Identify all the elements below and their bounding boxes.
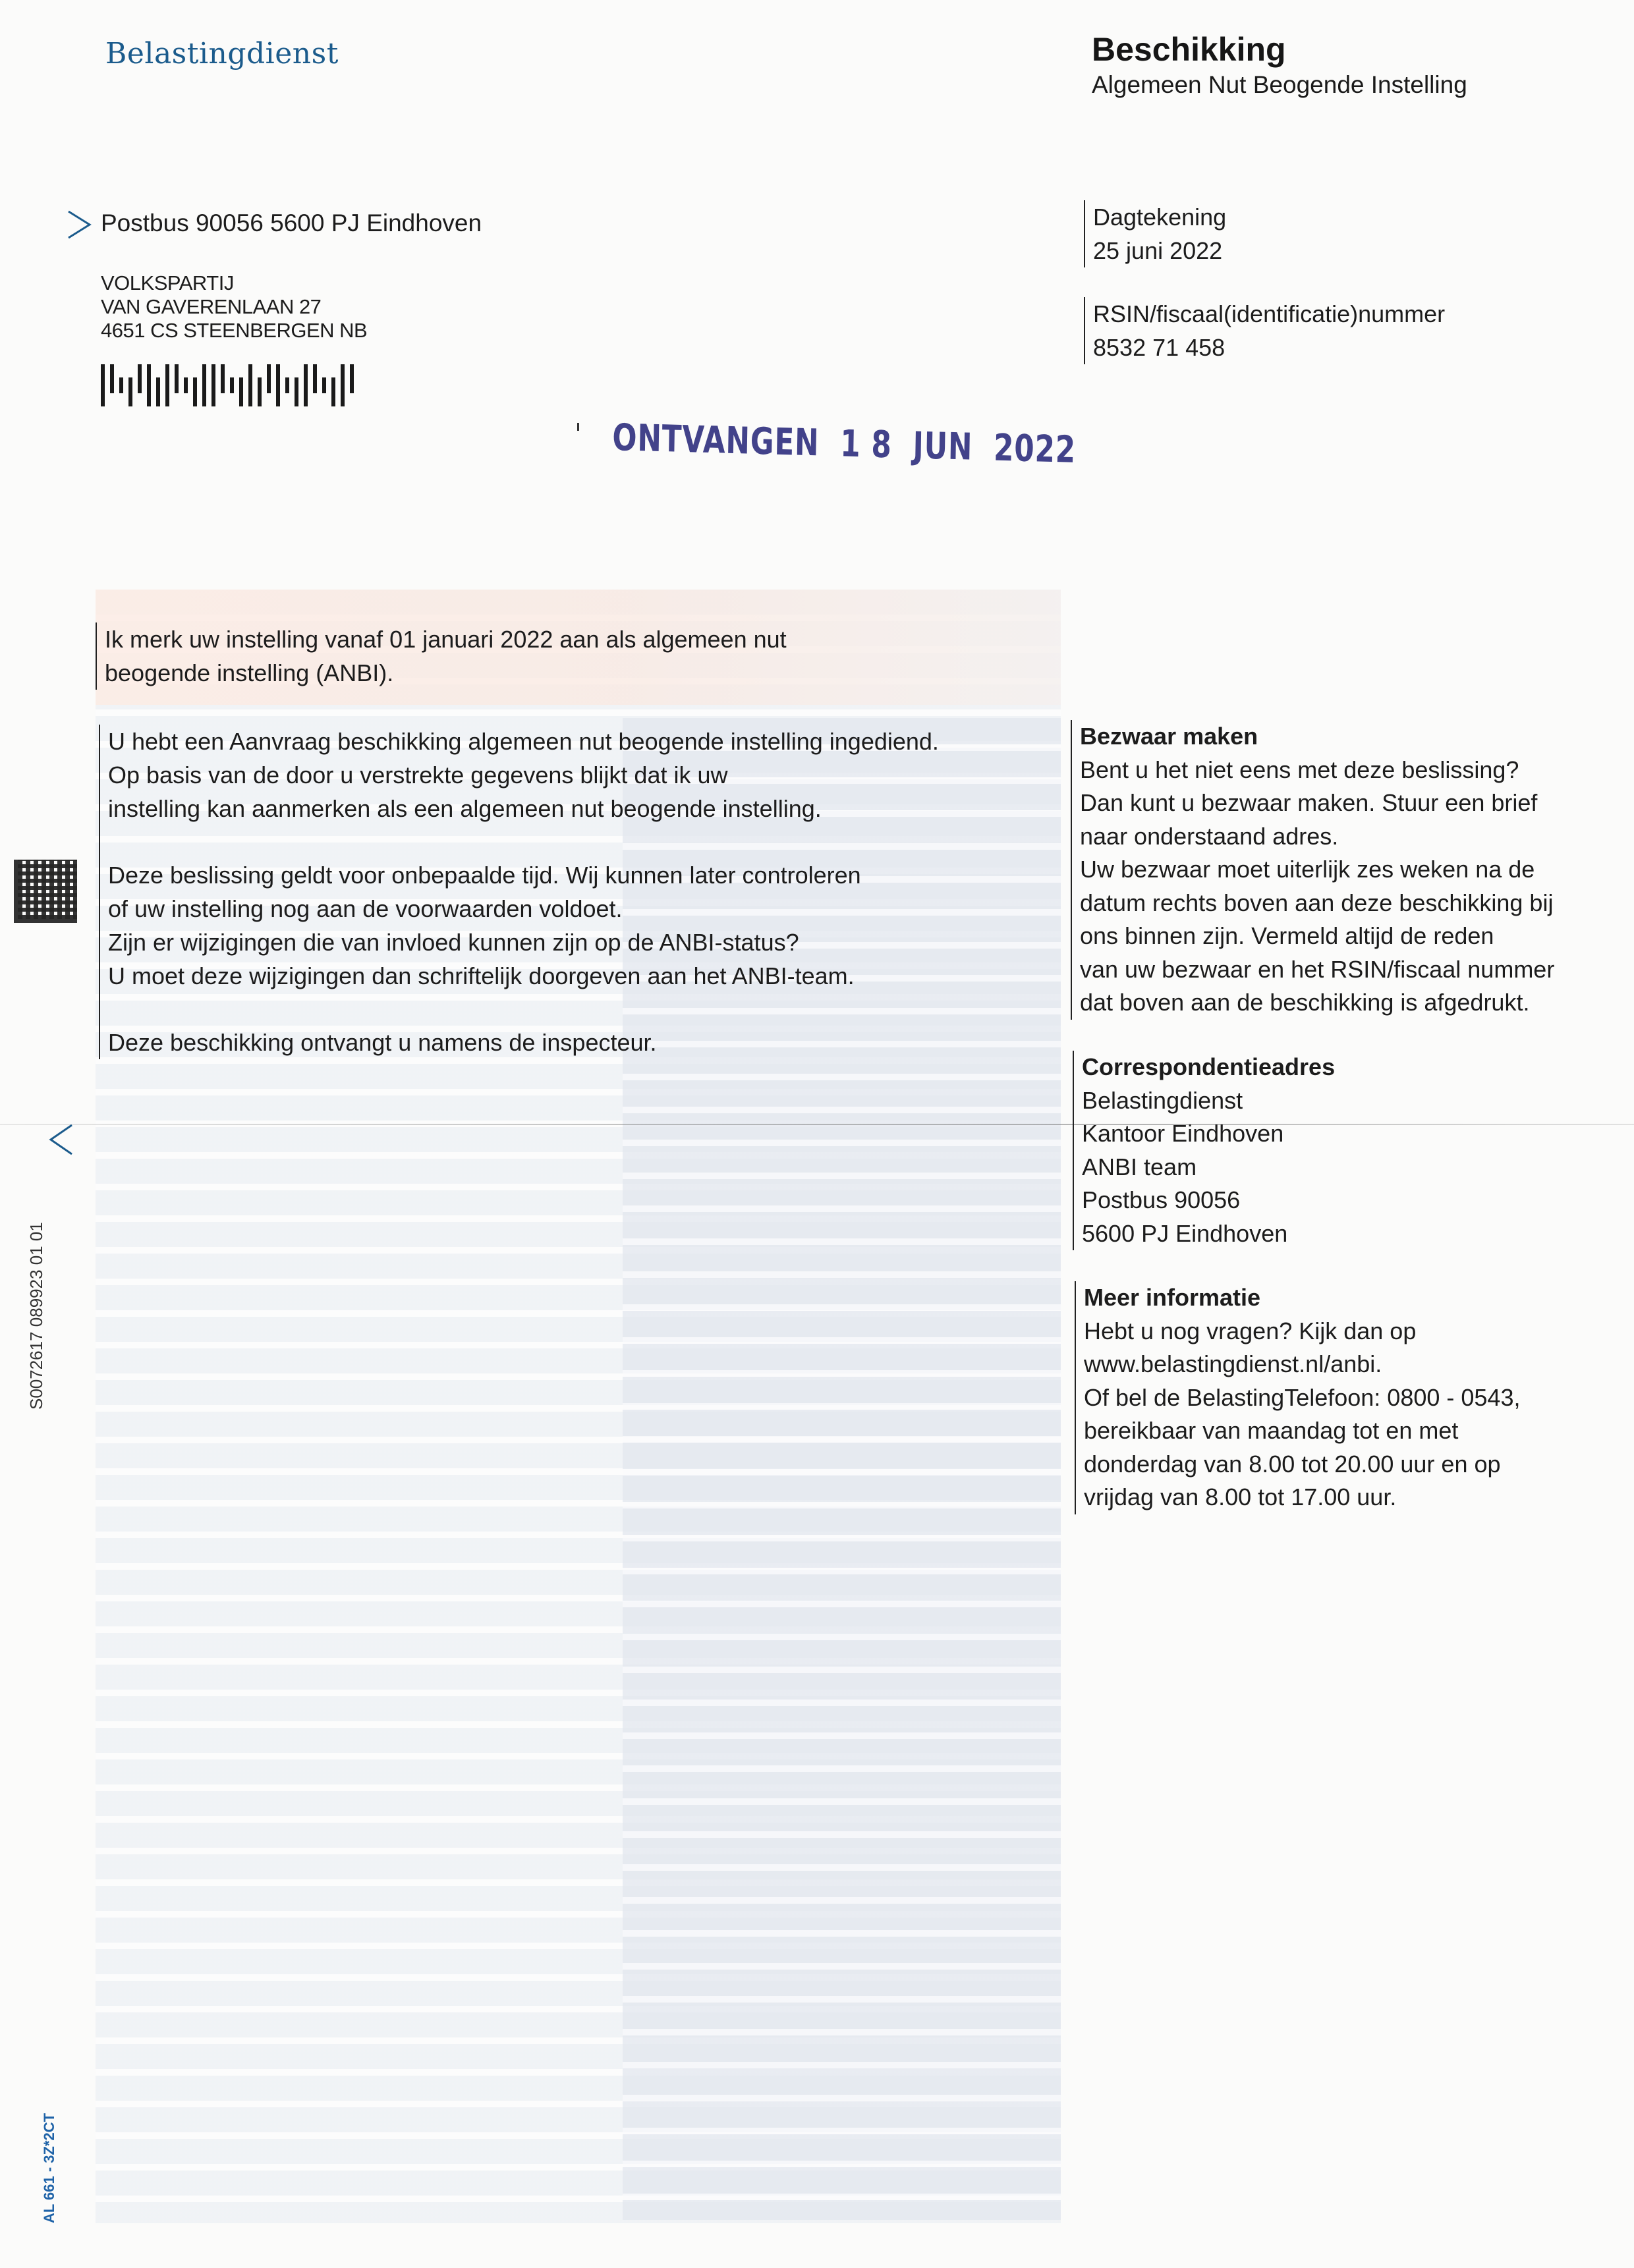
received-stamp: ONTVANGEN 1 8 JUN 2022	[612, 416, 1076, 472]
objection-line: Bent u het niet eens met deze beslissing…	[1080, 754, 1554, 787]
body-line: instelling kan aanmerken als een algemee…	[108, 792, 939, 825]
body-line: Deze beschikking ontvangt u namens de in…	[108, 1026, 939, 1059]
objection-heading: Bezwaar maken	[1080, 720, 1554, 754]
barcode-bar	[110, 364, 114, 393]
objection-line: datum rechts boven aan deze beschikking …	[1080, 887, 1554, 920]
rsin-block: RSIN/fiscaal(identificatie)nummer 8532 7…	[1084, 297, 1445, 364]
correspondence-line: Belastingdienst	[1082, 1084, 1335, 1118]
barcode-bar	[322, 377, 326, 393]
barcode-bar	[350, 364, 354, 393]
objection-section: Bezwaar maken Bent u het niet eens met d…	[1071, 720, 1554, 1020]
correspondence-line: Kantoor Eindhoven	[1082, 1117, 1335, 1151]
objection-line: van uw bezwaar en het RSIN/fiscaal numme…	[1080, 953, 1554, 987]
barcode-bar	[313, 364, 317, 393]
objection-line: Uw bezwaar moet uiterlijk zes weken na d…	[1080, 853, 1554, 887]
chevron-right-icon	[66, 209, 92, 240]
body-line: U hebt een Aanvraag beschikking algemeen…	[108, 725, 939, 758]
recipient-city: 4651 CS STEENBERGEN NB	[101, 319, 367, 343]
datamatrix-code-icon	[14, 860, 77, 923]
info-line: donderdag van 8.00 tot 20.00 uur en op	[1084, 1448, 1520, 1481]
correspondence-line: Postbus 90056	[1082, 1184, 1335, 1217]
info-line: Hebt u nog vragen? Kijk dan op	[1084, 1315, 1520, 1348]
body-line: Op basis van de door u verstrekte gegeve…	[108, 758, 939, 792]
stamp-mark	[577, 423, 579, 431]
recipient-name: VOLKSPARTIJ	[101, 271, 367, 295]
barcode-bar	[230, 377, 234, 393]
barcode-bar	[258, 377, 262, 406]
barcode-bar	[128, 377, 132, 406]
body-line: Zijn er wijzigingen die van invloed kunn…	[108, 926, 939, 959]
paper-fold-line	[0, 1124, 1634, 1125]
barcode-bar	[341, 364, 345, 406]
barcode-bar	[119, 377, 123, 393]
barcode-bar	[304, 364, 308, 406]
barcode-bar	[202, 364, 206, 406]
body-line: Deze beslissing geldt voor onbepaalde ti…	[108, 858, 939, 892]
return-address: Postbus 90056 5600 PJ Eindhoven	[101, 209, 482, 237]
objection-line: naar onderstaand adres.	[1080, 820, 1554, 854]
document-subtitle: Algemeen Nut Beogende Instelling	[1092, 71, 1467, 99]
objection-line: dat boven aan de beschikking is afgedruk…	[1080, 986, 1554, 1020]
barcode-bar	[221, 364, 225, 393]
belastingdienst-logo: Belastingdienst	[105, 37, 339, 70]
recipient-street: VAN GAVERENLAAN 27	[101, 295, 367, 319]
decision-paragraph: Ik merk uw instelling vanaf 01 januari 2…	[96, 622, 787, 690]
info-phone: Of bel de BelastingTelefoon: 0800 - 0543…	[1084, 1381, 1520, 1415]
objection-line: ons binnen zijn. Vermeld altijd de reden	[1080, 920, 1554, 953]
info-line: bereikbaar van maandag tot en met	[1084, 1414, 1520, 1448]
date-label: Dagtekening	[1093, 200, 1226, 234]
barcode-bar	[285, 377, 289, 393]
postal-barcode	[101, 364, 359, 406]
barcode-bar	[175, 364, 179, 393]
objection-line: Dan kunt u bezwaar maken. Stuur een brie…	[1080, 787, 1554, 820]
date-value: 25 juni 2022	[1093, 234, 1226, 267]
recipient-address: VOLKSPARTIJ VAN GAVERENLAAN 27 4651 CS S…	[101, 271, 367, 343]
barcode-bar	[267, 364, 271, 393]
barcode-bar	[147, 364, 151, 406]
decision-line: Ik merk uw instelling vanaf 01 januari 2…	[105, 622, 787, 656]
more-info-section: Meer informatie Hebt u nog vragen? Kijk …	[1075, 1281, 1520, 1514]
decision-line: beogende instelling (ANBI).	[105, 656, 787, 690]
document-title: Beschikking	[1092, 30, 1286, 69]
info-line: vrijdag van 8.00 tot 17.00 uur.	[1084, 1481, 1520, 1514]
barcode-bar	[138, 364, 142, 393]
barcode-bar	[101, 364, 105, 406]
correspondence-line: ANBI team	[1082, 1151, 1335, 1184]
barcode-bar	[331, 377, 335, 406]
barcode-bar	[184, 377, 188, 393]
barcode-bar	[295, 377, 298, 406]
rsin-label: RSIN/fiscaal(identificatie)nummer	[1093, 297, 1445, 331]
more-info-heading: Meer informatie	[1084, 1281, 1520, 1315]
correspondence-line: 5600 PJ Eindhoven	[1082, 1217, 1335, 1251]
correspondence-section: Correspondentieadres Belastingdienst Kan…	[1073, 1051, 1335, 1250]
date-block: Dagtekening 25 juni 2022	[1084, 200, 1226, 267]
barcode-bar	[156, 377, 160, 406]
barcode-bar	[193, 377, 197, 406]
correspondence-heading: Correspondentieadres	[1082, 1051, 1335, 1084]
barcode-bar	[248, 364, 252, 406]
barcode-bar	[239, 377, 243, 406]
info-website: www.belastingdienst.nl/anbi.	[1084, 1348, 1520, 1381]
explanation-paragraphs: U hebt een Aanvraag beschikking algemeen…	[99, 725, 939, 1059]
body-line: U moet deze wijzigingen dan schriftelijk…	[108, 959, 939, 993]
barcode-bar	[211, 364, 215, 406]
body-line: of uw instelling nog aan de voorwaarden …	[108, 892, 939, 926]
form-code: AL 661 - 3Z*2CT	[41, 2113, 58, 2223]
barcode-bar	[276, 364, 280, 406]
chevron-left-icon	[48, 1123, 74, 1156]
rsin-value: 8532 71 458	[1093, 331, 1445, 364]
document-code: S0072617 089923 01 01	[26, 1222, 47, 1410]
barcode-bar	[165, 364, 169, 406]
